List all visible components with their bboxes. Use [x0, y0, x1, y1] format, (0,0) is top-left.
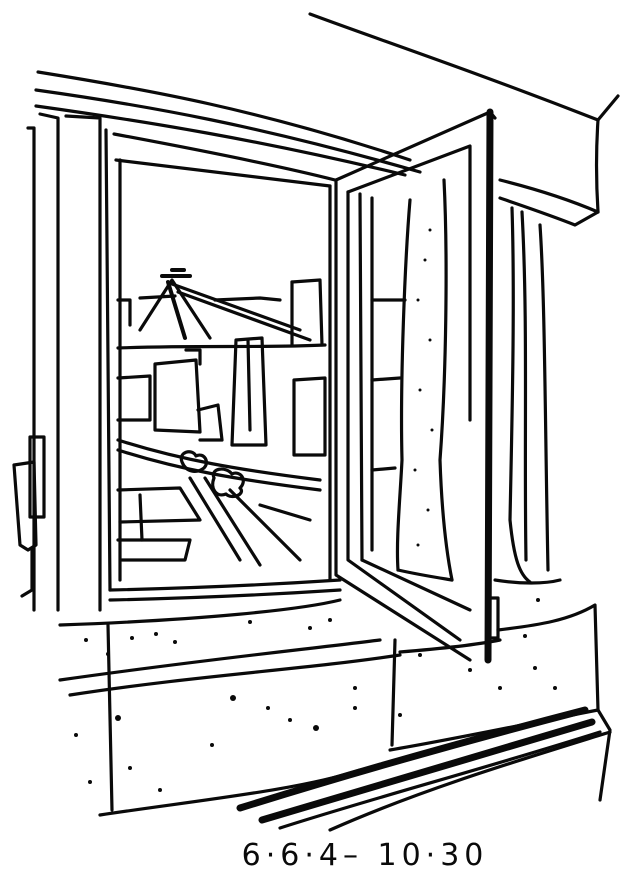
date-caption: 6·6·4– 10·30	[0, 838, 630, 873]
open-casement	[336, 112, 498, 660]
window-sketch	[0, 0, 630, 894]
crane-icon	[140, 270, 310, 340]
radiator-shadow	[240, 710, 600, 828]
stone-texture	[74, 229, 557, 793]
city-view	[118, 280, 325, 565]
window-handle-icon	[14, 437, 44, 596]
curtain	[397, 180, 560, 583]
ceiling-cornice	[36, 14, 618, 225]
